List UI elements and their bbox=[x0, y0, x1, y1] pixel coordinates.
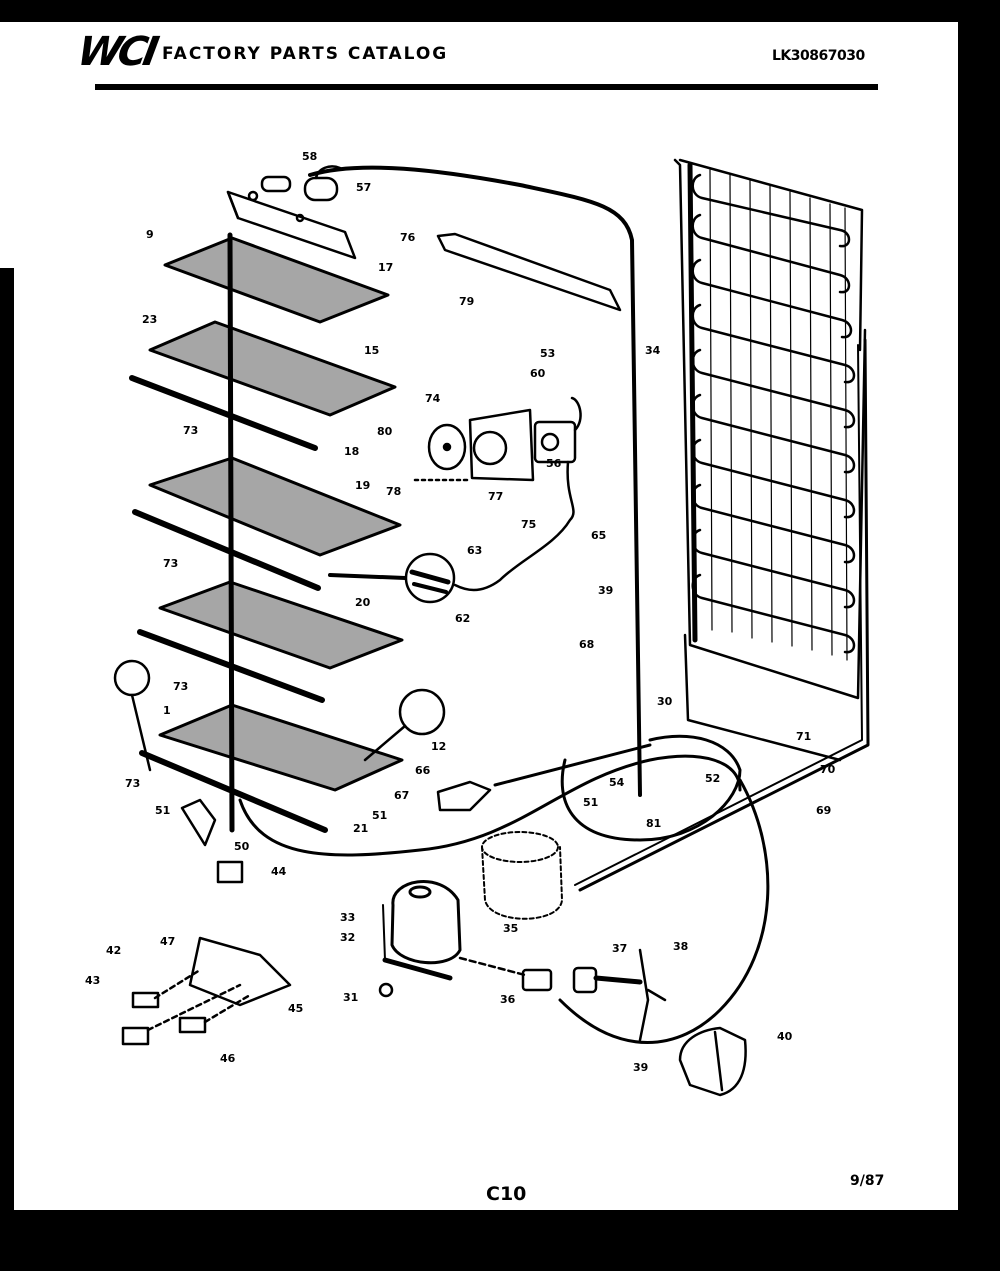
callout-1: 1 bbox=[163, 705, 171, 717]
callout-17: 17 bbox=[378, 262, 393, 274]
defrost-thermostat-detail bbox=[330, 554, 454, 602]
callout-32: 32 bbox=[340, 932, 355, 944]
exploded-parts-diagram bbox=[0, 0, 1000, 1271]
callout-80: 80 bbox=[377, 426, 392, 438]
callout-65: 65 bbox=[591, 530, 606, 542]
callout-15: 15 bbox=[364, 345, 379, 357]
callout-76: 76 bbox=[400, 232, 415, 244]
callout-77: 77 bbox=[488, 491, 503, 503]
callout-33: 33 bbox=[340, 912, 355, 924]
callout-56: 56 bbox=[546, 458, 561, 470]
callout-60: 60 bbox=[530, 368, 545, 380]
callout-57: 57 bbox=[356, 182, 371, 194]
callout-46: 46 bbox=[220, 1053, 235, 1065]
callout-51-right: 51 bbox=[583, 797, 598, 809]
callout-19: 19 bbox=[355, 480, 370, 492]
callout-31: 31 bbox=[343, 992, 358, 1004]
callout-78: 78 bbox=[386, 486, 401, 498]
callout-75: 75 bbox=[521, 519, 536, 531]
callout-23: 23 bbox=[142, 314, 157, 326]
callout-47: 47 bbox=[160, 936, 175, 948]
callout-44: 44 bbox=[271, 866, 286, 878]
callout-20: 20 bbox=[355, 597, 370, 609]
callout-43: 43 bbox=[85, 975, 100, 987]
callout-69: 69 bbox=[816, 805, 831, 817]
callout-35: 35 bbox=[503, 923, 518, 935]
callout-34: 34 bbox=[645, 345, 660, 357]
callout-30: 30 bbox=[657, 696, 672, 708]
compressor-outline bbox=[482, 832, 562, 919]
callout-62: 62 bbox=[455, 613, 470, 625]
callout-38: 38 bbox=[673, 941, 688, 953]
callout-63: 63 bbox=[467, 545, 482, 557]
freezer-shelves bbox=[132, 235, 402, 830]
callout-39-upper: 39 bbox=[598, 585, 613, 597]
callout-66: 66 bbox=[415, 765, 430, 777]
callout-9: 9 bbox=[146, 229, 154, 241]
condenser-fan bbox=[574, 950, 665, 1040]
compressor bbox=[383, 881, 460, 978]
control-board bbox=[123, 938, 290, 1044]
callout-39-lower: 39 bbox=[633, 1062, 648, 1074]
relay bbox=[460, 958, 551, 990]
callout-71: 71 bbox=[796, 731, 811, 743]
callout-40: 40 bbox=[777, 1031, 792, 1043]
callout-51-left: 51 bbox=[155, 805, 170, 817]
callout-81: 81 bbox=[646, 818, 661, 830]
callout-36: 36 bbox=[500, 994, 515, 1006]
drain-tube bbox=[438, 782, 490, 810]
callout-37: 37 bbox=[612, 943, 627, 955]
drain-pan bbox=[680, 1028, 746, 1095]
callout-42: 42 bbox=[106, 945, 121, 957]
callout-45: 45 bbox=[288, 1003, 303, 1015]
callout-73-mid: 73 bbox=[163, 558, 178, 570]
callout-73-bottom: 73 bbox=[125, 778, 140, 790]
page-number: C10 bbox=[486, 1183, 526, 1205]
callout-74: 74 bbox=[425, 393, 440, 405]
callout-51-mid: 51 bbox=[372, 810, 387, 822]
callout-18: 18 bbox=[344, 446, 359, 458]
callout-52: 52 bbox=[705, 773, 720, 785]
callout-50: 50 bbox=[234, 841, 249, 853]
callout-12: 12 bbox=[431, 741, 446, 753]
callout-58: 58 bbox=[302, 151, 317, 163]
callout-79: 79 bbox=[459, 296, 474, 308]
callout-53: 53 bbox=[540, 348, 555, 360]
callout-54: 54 bbox=[609, 777, 624, 789]
callout-68: 68 bbox=[579, 639, 594, 651]
callout-67: 67 bbox=[394, 790, 409, 802]
callout-70: 70 bbox=[820, 764, 835, 776]
revision-date: 9/87 bbox=[850, 1173, 884, 1189]
callout-21: 21 bbox=[353, 823, 368, 835]
callout-73-lower: 73 bbox=[173, 681, 188, 693]
callout-73-upper: 73 bbox=[183, 425, 198, 437]
